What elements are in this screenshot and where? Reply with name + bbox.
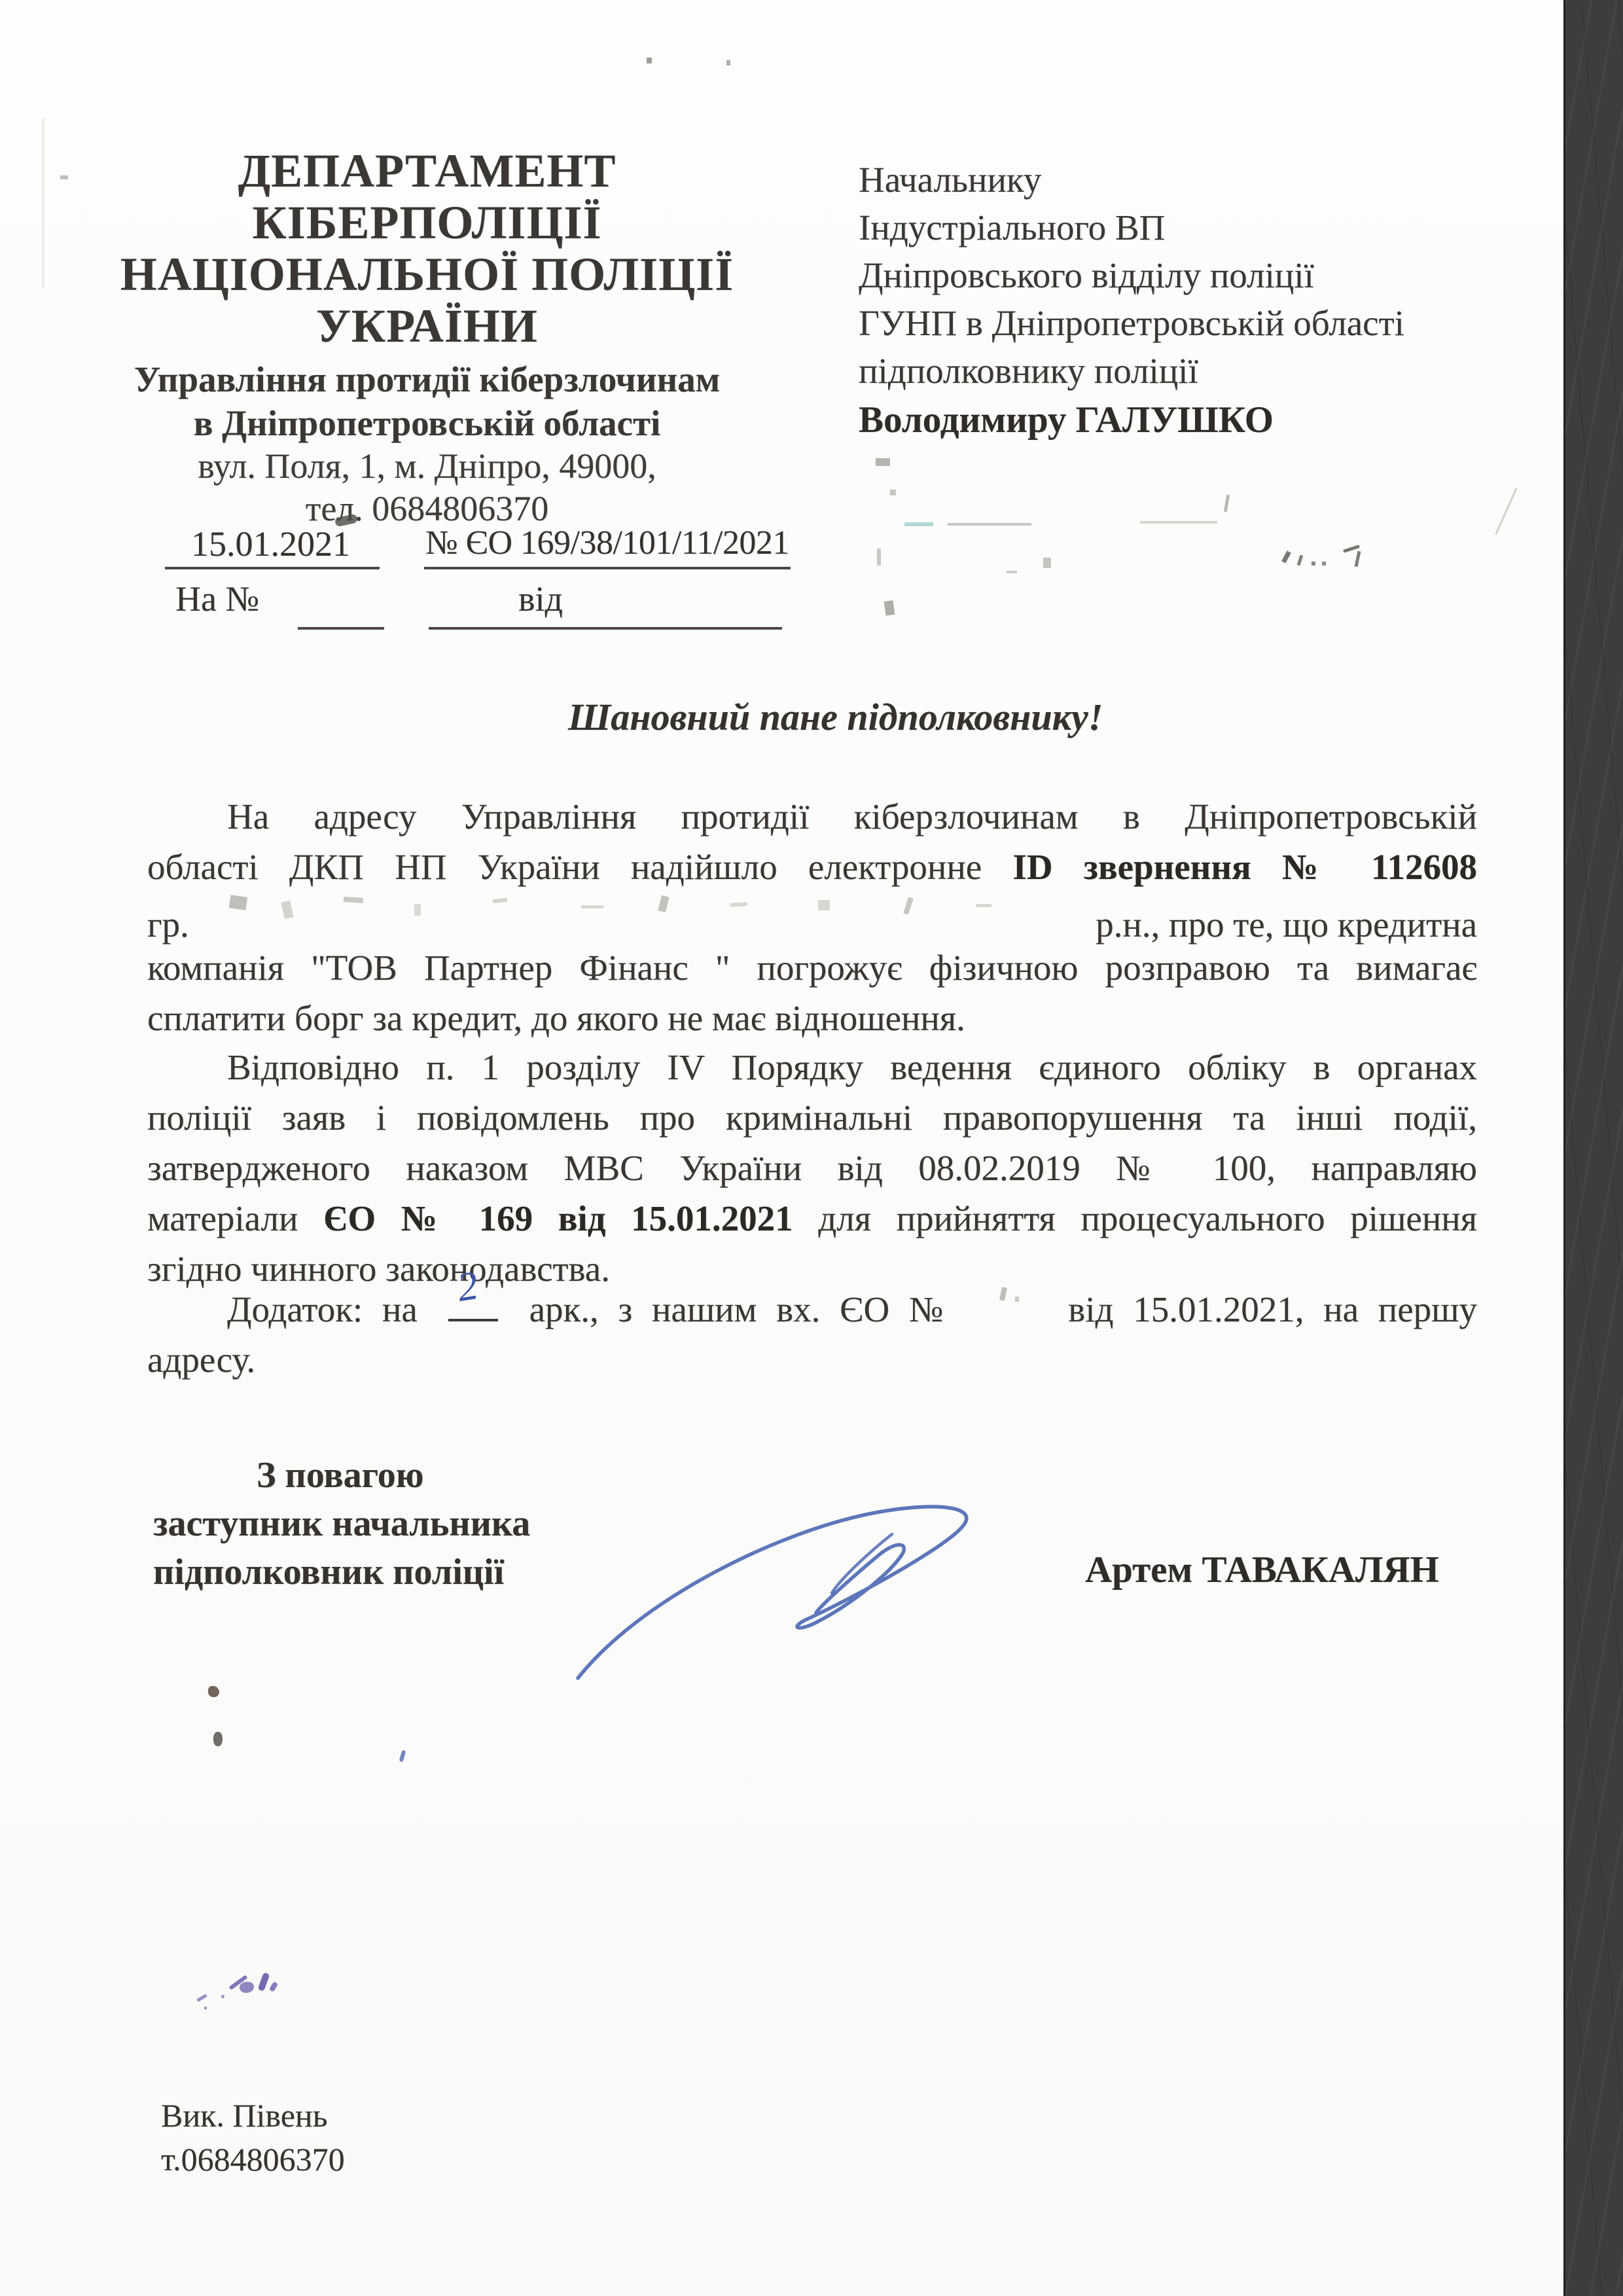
sender-address: вул. Поля, 1, м. Дніпро, 49000, [105, 445, 749, 488]
scanner-edge-band [1563, 0, 1623, 2296]
scan-artifact [60, 175, 68, 179]
scan-artifact [1043, 558, 1051, 568]
body-line: затвердженого наказом МВС України від 08… [147, 1145, 1477, 1195]
signer-title-line: підполковник поліції [153, 1551, 504, 1593]
form-underline [165, 567, 380, 569]
scan-artifact [1140, 521, 1217, 524]
scan-artifact [399, 1750, 406, 1763]
scan-artifact [1311, 562, 1315, 565]
redacted-area [204, 895, 1081, 937]
salutation: Шановний пане підполковнику! [568, 695, 1103, 739]
attachment-text: арк., з нашим вх. ЄО № [529, 1287, 944, 1333]
redacted-number-gap [974, 1316, 1037, 1321]
body-line: компанія "ТОВ Партнер Фінанс " погрожує … [147, 945, 1477, 995]
attachment-text: Додаток: на [227, 1287, 418, 1333]
scan-artifact [877, 548, 881, 565]
scan-artifact [208, 1686, 219, 1697]
scan-artifact [1355, 551, 1361, 567]
form-underline [429, 627, 782, 630]
body-text: матеріали [147, 1198, 323, 1238]
scan-artifact [213, 1732, 223, 1746]
body-text: області ДКП НП України надійшло електрон… [147, 847, 1012, 887]
scan-artifact [1007, 571, 1017, 573]
form-underline [424, 567, 791, 569]
sender-org-line: ДЕПАРТАМЕНТ [105, 145, 749, 197]
body-text: р.н., про те, що кредитна [1096, 902, 1477, 948]
body-text: гр. [147, 902, 189, 948]
scan-artifact [904, 522, 933, 526]
scan-artifact [1297, 555, 1304, 566]
scan-artifact [42, 118, 45, 288]
handwritten-signature [560, 1494, 991, 1690]
body-line: На адресу Управління протидії кіберзлочи… [147, 794, 1477, 844]
scan-artifact [1281, 550, 1291, 563]
scan-artifact [876, 458, 890, 466]
recipient-line: Начальнику [859, 156, 1526, 204]
scan-artifact [948, 523, 1031, 526]
letter-number: № ЄО 169/38/101/11/2021 [425, 524, 789, 562]
sender-division-line: Управління протидії кіберзлочинам [105, 357, 749, 401]
recipient-block: Начальнику Індустріального ВП Дніпровськ… [859, 156, 1526, 446]
closing-phrase: З повагою [257, 1454, 424, 1496]
handwritten-sheet-count: 2 [448, 1314, 498, 1321]
recipient-line: Індустріального ВП [859, 204, 1526, 251]
letter-date: 15.01.2021 [191, 524, 350, 564]
scan-artifact [884, 600, 895, 616]
scan-artifact [726, 60, 730, 65]
recipient-name: Володимиру ГАЛУШКО [859, 395, 1526, 446]
scan-artifact [1322, 562, 1326, 565]
sender-letterhead: ДЕПАРТАМЕНТ КІБЕРПОЛІЦІЇ НАЦІОНАЛЬНОЇ ПО… [105, 145, 749, 530]
attachment-text: від 15.01.2021, на першу [1068, 1287, 1477, 1333]
sender-division-line: в Дніпропетровській області [105, 401, 749, 445]
body-line-redacted: гр. р.н., про те, що кредитна [147, 895, 1477, 944]
form-underline [298, 627, 384, 630]
body-line: поліції заяв і повідомлень про криміналь… [147, 1095, 1477, 1145]
scan-artifact [647, 58, 652, 63]
sender-org-line: НАЦІОНАЛЬНОЇ ПОЛІЦІЇ [105, 249, 749, 300]
body-text-bold: ID звернення № 112608 [1012, 847, 1477, 887]
reply-to-date-label: від [518, 579, 563, 619]
ink-mark [258, 1972, 270, 1992]
scan-artifact [1495, 488, 1517, 535]
ink-mark [240, 1982, 254, 1993]
body-line: області ДКП НП України надійшло електрон… [147, 844, 1477, 894]
attachment-line: адресу. [147, 1337, 1477, 1387]
ink-mark [269, 1981, 279, 1992]
scan-artifact [890, 490, 896, 495]
signer-title-line: заступник начальника [153, 1503, 530, 1545]
ink-mark [196, 1994, 207, 2002]
ink-mark [221, 1995, 224, 1998]
scan-artifact [1224, 495, 1230, 512]
attachment-line: Додаток: на 2 арк., з нашим вх. ЄО № від… [147, 1287, 1477, 1336]
recipient-line: Дніпровського відділу поліції [859, 251, 1526, 299]
recipient-line: підполковнику поліції [859, 347, 1526, 395]
body-line: сплатити борг за кредит, до якого не має… [147, 996, 1477, 1045]
body-text-bold: ЄО № 169 від 15.01.2021 [323, 1198, 793, 1238]
executor-phone: т.0684806370 [161, 2140, 345, 2178]
executor-name: Вик. Півень [161, 2096, 327, 2134]
body-line: матеріали ЄО № 169 від 15.01.2021 для пр… [147, 1196, 1477, 1246]
body-text: для прийняття процесуального рішення [793, 1198, 1477, 1238]
body-line: Відповідно п. 1 розділу IV Порядку веден… [147, 1045, 1477, 1094]
sender-org-line: УКРАЇНИ [105, 300, 749, 352]
recipient-line: ГУНП в Дніпропетровській області [859, 299, 1526, 347]
reply-to-number-label: На № [175, 579, 259, 619]
signer-name: Артем ТАВАКАЛЯН [1085, 1549, 1439, 1591]
ink-mark [204, 2007, 207, 2009]
scanned-letter-page: ДЕПАРТАМЕНТ КІБЕРПОЛІЦІЇ НАЦІОНАЛЬНОЇ ПО… [0, 0, 1623, 2296]
sender-org-line: КІБЕРПОЛІЦІЇ [105, 197, 749, 249]
